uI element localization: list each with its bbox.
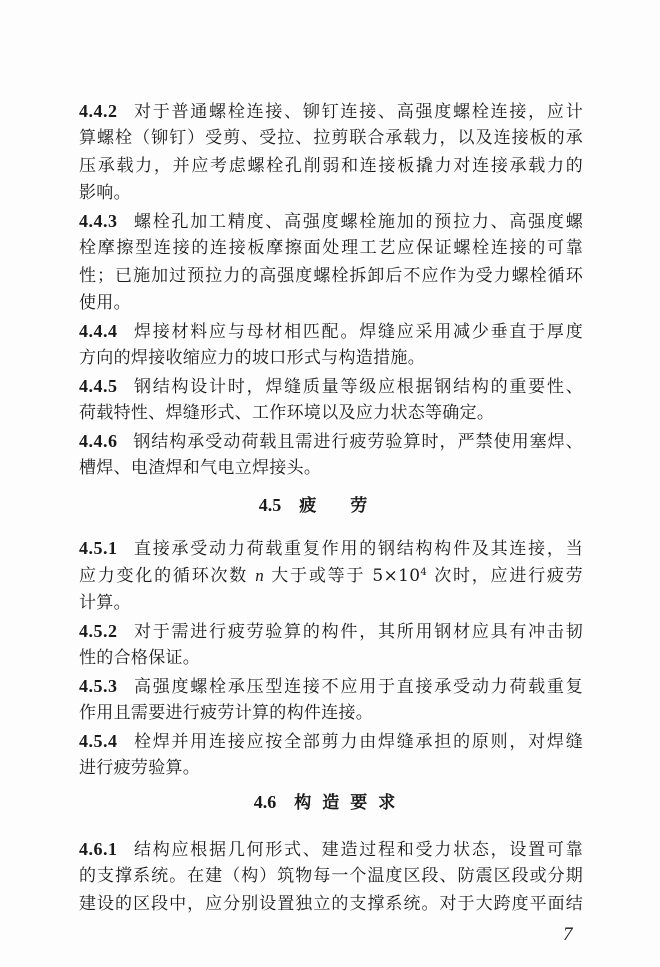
clause-4-5-2-line-2: 性的合格保证。 [79, 648, 583, 668]
clause-text: 结构应根据几何形式、建造过程和受力状态，设置可靠 [133, 840, 584, 860]
clause-text: 钢结构设计时，焊缝质量等级应根据钢结构的重要性、 [133, 377, 584, 397]
clause-4-5-1-line-3: 计算。 [79, 593, 583, 613]
clause-4-4-4-line-1: 4.4.4焊接材料应与母材相匹配。焊缝应采用减少垂直于厚度 [79, 321, 583, 341]
clause-text: 大于或等于 5×10 [271, 566, 420, 586]
clause-4-4-2-line-3: 压承载力，并应考虑螺栓孔削弱和连接板撬力对连接承载力的 [79, 156, 583, 176]
clause-4-5-3-line-2: 作用且需要进行疲劳计算的构件连接。 [79, 703, 583, 723]
clause-4-4-2-line-1: 4.4.2对于普通螺栓连接、铆钉连接、高强度螺栓连接，应计 [79, 101, 583, 121]
clause-text: 焊接材料应与母材相匹配。焊缝应采用减少垂直于厚度 [133, 322, 584, 342]
clause-text: 直接承受动力荷载重复作用的钢结构构件及其连接，当 [133, 539, 584, 559]
clause-4-5-2-line-1: 4.5.2对于需进行疲劳验算的构件，其所用钢材应具有冲击韧 [79, 621, 583, 641]
clause-4-6-1-line-2: 的支撑系统。在建（构）筑物每一个温度区段、防震区段或分期 [79, 866, 583, 886]
clause-4-5-4-line-1: 4.5.4栓焊并用连接应按全部剪力由焊缝承担的原则，对焊缝 [79, 731, 583, 751]
clause-4-4-3-line-4: 使用。 [79, 293, 583, 313]
clause-number: 4.4.3 [79, 211, 118, 231]
clause-number: 4.5.1 [79, 538, 118, 558]
clause-text: 钢结构承受动荷载且需进行疲劳验算时，严禁使用塞焊、 [133, 432, 584, 452]
clause-number: 4.4.4 [79, 321, 118, 341]
clause-4-5-1-line-1: 4.5.1直接承受动力荷载重复作用的钢结构构件及其连接，当 [79, 538, 583, 558]
clause-text: 应力变化的循环次数 [79, 566, 248, 586]
section-title: 疲劳 [299, 496, 401, 516]
clause-4-4-4-line-2: 方向的焊接收缩应力的坡口形式与构造措施。 [79, 348, 583, 368]
clause-number: 4.5.3 [79, 676, 118, 696]
clause-number: 4.4.2 [79, 101, 118, 121]
clause-text: 螺栓孔加工精度、高强度螺栓施加的预拉力、高强度螺 [133, 212, 584, 232]
clause-number: 4.5.4 [79, 731, 118, 751]
clause-4-6-1-line-1: 4.6.1结构应根据几何形式、建造过程和受力状态，设置可靠 [79, 839, 583, 859]
clause-4-6-1-line-3: 建设的区段中，应分别设置独立的支撑系统。对于大跨度平面结 [79, 894, 583, 914]
clause-4-5-4-line-2: 进行疲劳验算。 [79, 758, 583, 778]
clause-number: 4.5.2 [79, 621, 118, 641]
clause-number: 4.6.1 [79, 839, 118, 859]
clause-4-4-3-line-1: 4.4.3螺栓孔加工精度、高强度螺栓施加的预拉力、高强度螺 [79, 211, 583, 231]
clause-4-4-3-line-2: 栓摩擦型连接的连接板摩擦面处理工艺应保证螺栓连接的可靠 [79, 238, 583, 258]
variable-n: n [255, 566, 264, 585]
clause-4-4-2-line-4: 影响。 [79, 183, 583, 203]
section-heading-4-5: 4.5疲劳 [0, 495, 660, 516]
clause-4-4-3-line-3: 性；已施加过预拉力的高强度螺栓拆卸后不应作为受力螺栓循环 [79, 266, 583, 286]
document-page: 4.4.2对于普通螺栓连接、铆钉连接、高强度螺栓连接，应计 算螺栓（铆钉）受剪、… [0, 0, 660, 967]
clause-text: 对于普通螺栓连接、铆钉连接、高强度螺栓连接，应计 [133, 102, 584, 122]
clause-4-4-2-line-2: 算螺栓（铆钉）受剪、受拉、拉剪联合承载力，以及连接板的承 [79, 128, 583, 148]
clause-4-5-3-line-1: 4.5.3高强度螺栓承压型连接不应用于直接承受动力荷载重复 [79, 676, 583, 696]
section-heading-4-6: 4.6构造要求 [0, 792, 660, 813]
section-number: 4.5 [259, 495, 282, 515]
clause-number: 4.4.6 [79, 431, 118, 451]
section-title: 构造要求 [294, 793, 406, 813]
clause-4-4-5-line-2: 荷载特性、焊缝形式、工作环境以及应力状态等确定。 [79, 403, 583, 423]
page-number: 7 [563, 924, 573, 946]
clause-number: 4.4.5 [79, 376, 118, 396]
clause-text: 高强度螺栓承压型连接不应用于直接承受动力荷载重复 [133, 677, 584, 697]
section-number: 4.6 [254, 792, 277, 812]
clause-4-5-1-line-2: 应力变化的循环次数 n 大于或等于 5×104 次时，应进行疲劳 [79, 566, 583, 586]
clause-text: 对于需进行疲劳验算的构件，其所用钢材应具有冲击韧 [133, 622, 584, 642]
clause-4-4-5-line-1: 4.4.5钢结构设计时，焊缝质量等级应根据钢结构的重要性、 [79, 376, 583, 396]
clause-4-4-6-line-2: 槽焊、电渣焊和气电立焊接头。 [79, 458, 583, 478]
clause-text: 次时，应进行疲劳 [434, 566, 583, 586]
exponent: 4 [420, 567, 427, 578]
clause-4-4-6-line-1: 4.4.6钢结构承受动荷载且需进行疲劳验算时，严禁使用塞焊、 [79, 431, 583, 451]
clause-text: 栓焊并用连接应按全部剪力由焊缝承担的原则，对焊缝 [133, 732, 584, 752]
